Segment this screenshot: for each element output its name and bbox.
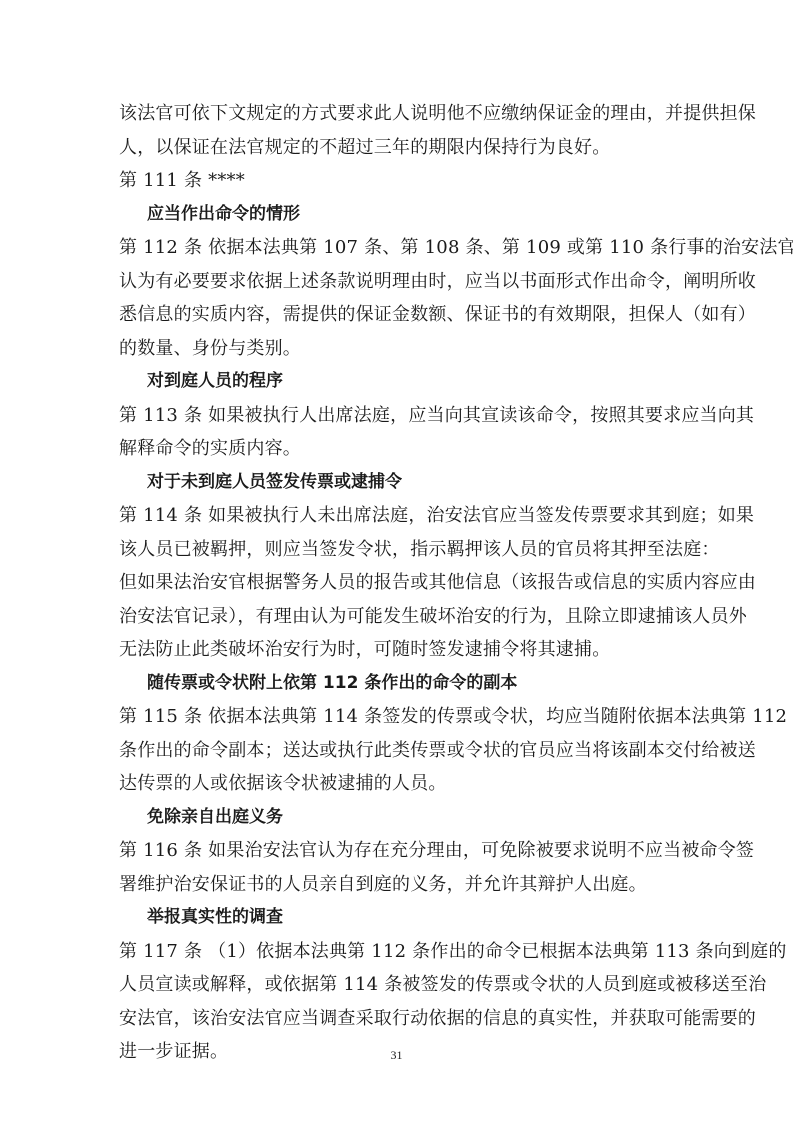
section-heading: 举报真实性的调查 xyxy=(119,901,675,935)
section-heading: 随传票或令状附上依第 112 条作出的命令的副本 xyxy=(119,667,675,701)
text-line: 第 111 条 **** xyxy=(119,164,675,198)
text-line: 该法官可依下文规定的方式要求此人说明他不应缴纳保证金的理由，并提供担保 xyxy=(119,97,675,131)
section-heading: 免除亲自出庭义务 xyxy=(119,801,675,835)
section-heading: 应当作出命令的情形 xyxy=(119,198,675,232)
text-line: 解释命令的实质内容。 xyxy=(119,432,675,466)
article-115: 第 115 条 依据本法典第 114 条签发的传票或令状，均应当随附依据本法典第… xyxy=(119,700,675,801)
text-line: 人，以保证在法官规定的不超过三年的期限内保持行为良好。 xyxy=(119,131,675,165)
page-number: 31 xyxy=(0,1048,793,1063)
text-line: 第 114 条 如果被执行人未出席法庭，治安法官应当签发传票要求其到庭；如果 xyxy=(119,499,675,533)
text-line: 治安法官记录），有理由认为可能发生破坏治安的行为，且除立即逮捕该人员外 xyxy=(119,600,675,634)
text-line: 署维护治安保证书的人员亲自到庭的义务，并允许其辩护人出庭。 xyxy=(119,868,675,902)
text-line: 安法官，该治安法官应当调查采取行动依据的信息的真实性，并获取可能需要的 xyxy=(119,1002,675,1036)
article-113: 第 113 条 如果被执行人出席法庭，应当向其宣读该命令，按照其要求应当向其 解… xyxy=(119,399,675,466)
text-line: 第 116 条 如果治安法官认为存在充分理由，可免除被要求说明不应当被命令签 xyxy=(119,834,675,868)
article-114: 第 114 条 如果被执行人未出席法庭，治安法官应当签发传票要求其到庭；如果 该… xyxy=(119,499,675,566)
text-line: 但如果法治安官根据警务人员的报告或其他信息（该报告或信息的实质内容应由 xyxy=(119,566,675,600)
text-line: 认为有必要要求依据上述条款说明理由时，应当以书面形式作出命令，阐明所收 xyxy=(119,265,675,299)
text-line: 第 112 条 依据本法典第 107 条、第 108 条、第 109 或第 11… xyxy=(119,231,675,265)
document-page: 该法官可依下文规定的方式要求此人说明他不应缴纳保证金的理由，并提供担保 人，以保… xyxy=(119,97,675,1069)
text-line: 第 117 条 （1）依据本法典第 112 条作出的命令已根据本法典第 113 … xyxy=(119,935,675,969)
text-line: 悉信息的实质内容，需提供的保证金数额、保证书的有效期限，担保人（如有） xyxy=(119,298,675,332)
article-111: 第 111 条 **** xyxy=(119,164,675,198)
article-116: 第 116 条 如果治安法官认为存在充分理由，可免除被要求说明不应当被命令签 署… xyxy=(119,834,675,901)
text-line: 人员宣读或解释，或依据第 114 条被签发的传票或令状的人员到庭或被移送至治 xyxy=(119,968,675,1002)
section-heading: 对于未到庭人员签发传票或逮捕令 xyxy=(119,466,675,500)
text-line: 达传票的人或依据该令状被逮捕的人员。 xyxy=(119,767,675,801)
section-heading: 对到庭人员的程序 xyxy=(119,365,675,399)
article-114-proviso: 但如果法治安官根据警务人员的报告或其他信息（该报告或信息的实质内容应由 治安法官… xyxy=(119,566,675,667)
text-line: 条作出的命令副本；送达或执行此类传票或令状的官员应当将该副本交付给被送 xyxy=(119,734,675,768)
text-line: 无法防止此类破坏治安行为时，可随时签发逮捕令将其逮捕。 xyxy=(119,633,675,667)
text-line: 该人员已被羁押，则应当签发令状，指示羁押该人员的官员将其押至法庭： xyxy=(119,533,675,567)
article-112: 第 112 条 依据本法典第 107 条、第 108 条、第 109 或第 11… xyxy=(119,231,675,365)
text-line: 第 115 条 依据本法典第 114 条签发的传票或令状，均应当随附依据本法典第… xyxy=(119,700,675,734)
text-line: 的数量、身份与类别。 xyxy=(119,332,675,366)
text-line: 第 113 条 如果被执行人出席法庭，应当向其宣读该命令，按照其要求应当向其 xyxy=(119,399,675,433)
paragraph-continuation: 该法官可依下文规定的方式要求此人说明他不应缴纳保证金的理由，并提供担保 人，以保… xyxy=(119,97,675,164)
